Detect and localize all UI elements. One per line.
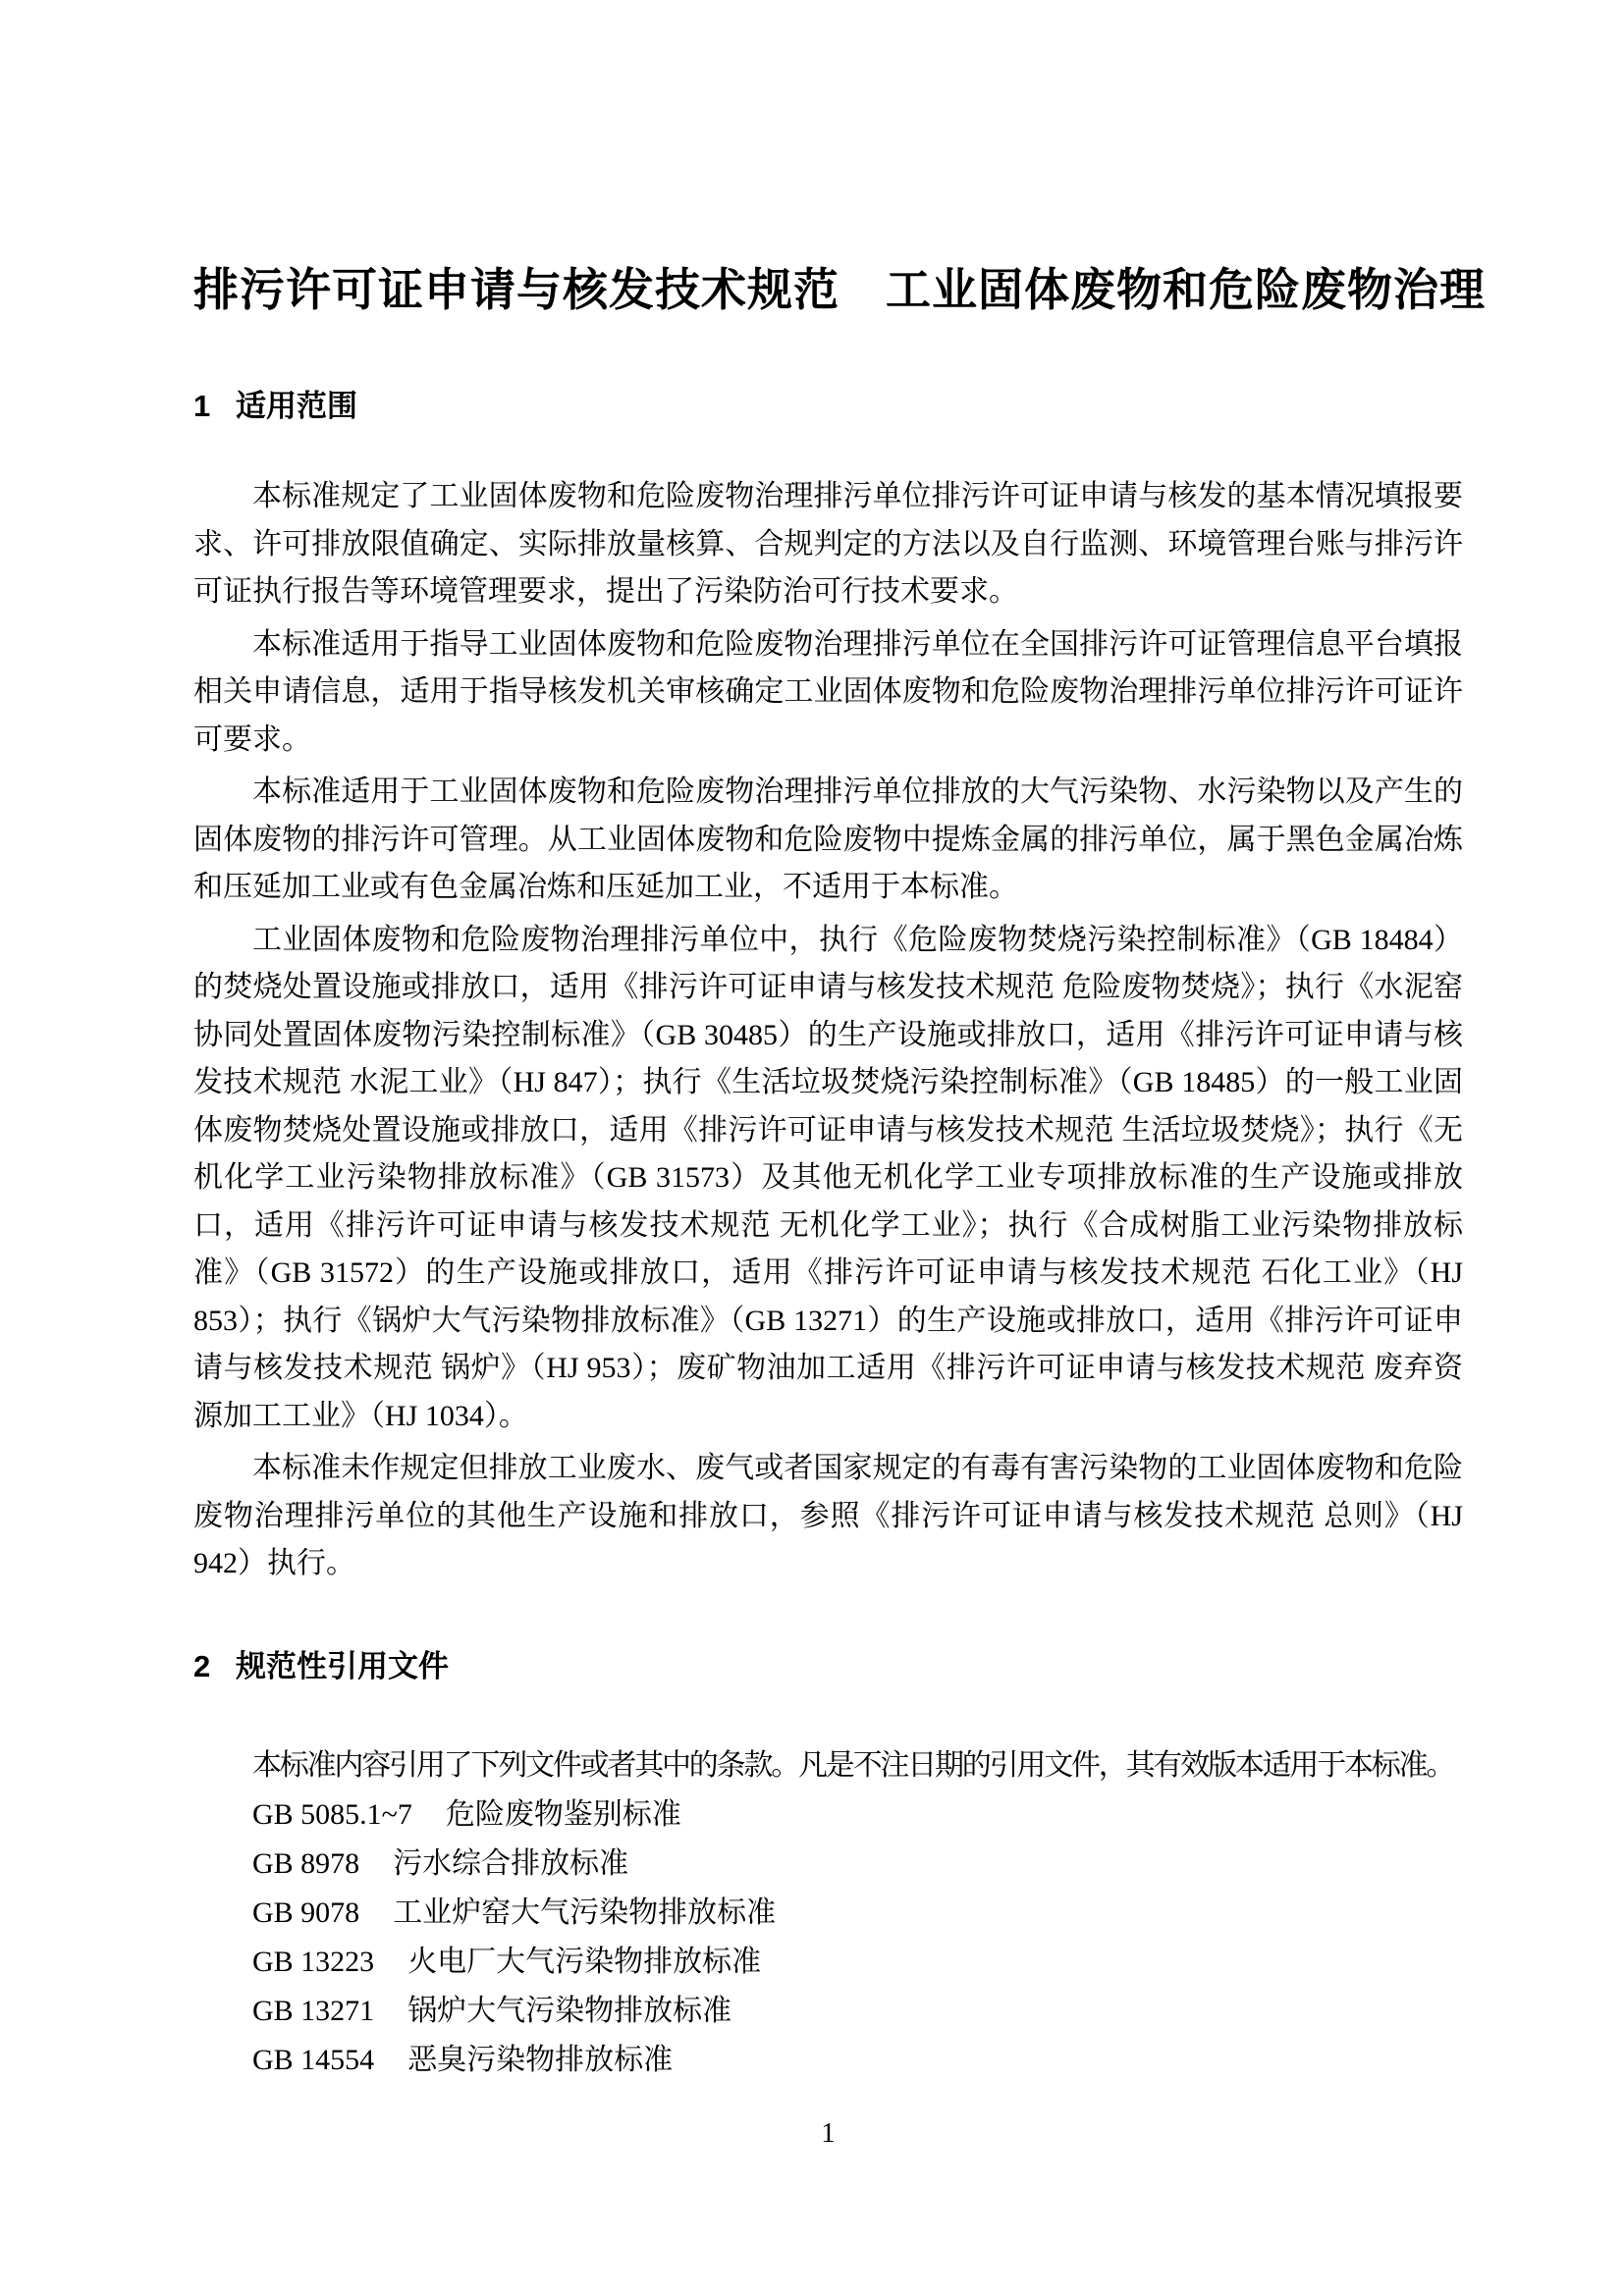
paragraph-scope-1: 本标准规定了工业固体废物和危险废物治理排污单位排污许可证申请与核发的基本情况填报… (193, 473, 1463, 616)
reference-list: GB 5085.1~7危险废物鉴别标准 GB 8978污水综合排放标准 GB 9… (193, 1790, 1463, 2085)
reference-title: 恶臭污染物排放标准 (407, 2044, 673, 2076)
section-heading-text: 规范性引用文件 (236, 1649, 449, 1683)
paragraph-scope-4: 工业固体废物和危险废物治理排污单位中，执行《危险废物焚烧污染控制标准》（GB 1… (193, 917, 1463, 1441)
reference-title: 锅炉大气污染物排放标准 (407, 1995, 731, 2027)
references-intro: 本标准内容引用了下列文件或者其中的条款。凡是不注日期的引用文件，其有效版本适用于… (193, 1741, 1463, 1790)
reference-code: GB 13271 (252, 1995, 374, 2027)
section-heading-scope: 1适用范围 (193, 389, 1463, 424)
paragraph-scope-2: 本标准适用于指导工业固体废物和危险废物治理排污单位在全国排污许可证管理信息平台填… (193, 621, 1463, 765)
section-heading-normative-references: 2规范性引用文件 (193, 1649, 1463, 1684)
reference-item: GB 8978污水综合排放标准 (193, 1840, 1463, 1889)
page-number: 1 (193, 2116, 1463, 2150)
section-number: 1 (193, 389, 236, 424)
reference-title: 污水综合排放标准 (393, 1847, 628, 1880)
reference-code: GB 5085.1~7 (252, 1798, 412, 1831)
reference-item: GB 9078工业炉窑大气污染物排放标准 (193, 1889, 1463, 1938)
reference-title: 危险废物鉴别标准 (446, 1798, 681, 1831)
reference-item: GB 13271锅炉大气污染物排放标准 (193, 1987, 1463, 2036)
section-heading-text: 适用范围 (236, 389, 357, 423)
document-page: 排污许可证申请与核发技术规范 工业固体废物和危险废物治理 1适用范围 本标准规定… (0, 0, 1624, 2296)
reference-title: 火电厂大气污染物排放标准 (407, 1946, 761, 1978)
section-number: 2 (193, 1649, 236, 1684)
reference-item: GB 5085.1~7危险废物鉴别标准 (193, 1790, 1463, 1840)
reference-code: GB 14554 (252, 2044, 374, 2076)
reference-code: GB 8978 (252, 1847, 359, 1880)
reference-item: GB 14554恶臭污染物排放标准 (193, 2036, 1463, 2085)
document-title: 排污许可证申请与核发技术规范 工业固体废物和危险废物治理 (193, 265, 1463, 314)
paragraph-scope-3: 本标准适用于工业固体废物和危险废物治理排污单位排放的大气污染物、水污染物以及产生… (193, 769, 1463, 912)
page-content: 排污许可证申请与核发技术规范 工业固体废物和危险废物治理 1适用范围 本标准规定… (193, 0, 1463, 2085)
reference-item: GB 13223火电厂大气污染物排放标准 (193, 1938, 1463, 1987)
reference-code: GB 13223 (252, 1946, 374, 1978)
reference-title: 工业炉窑大气污染物排放标准 (393, 1896, 776, 1929)
paragraph-scope-5: 本标准未作规定但排放工业废水、废气或者国家规定的有毒有害污染物的工业固体废物和危… (193, 1445, 1463, 1588)
reference-code: GB 9078 (252, 1896, 359, 1929)
